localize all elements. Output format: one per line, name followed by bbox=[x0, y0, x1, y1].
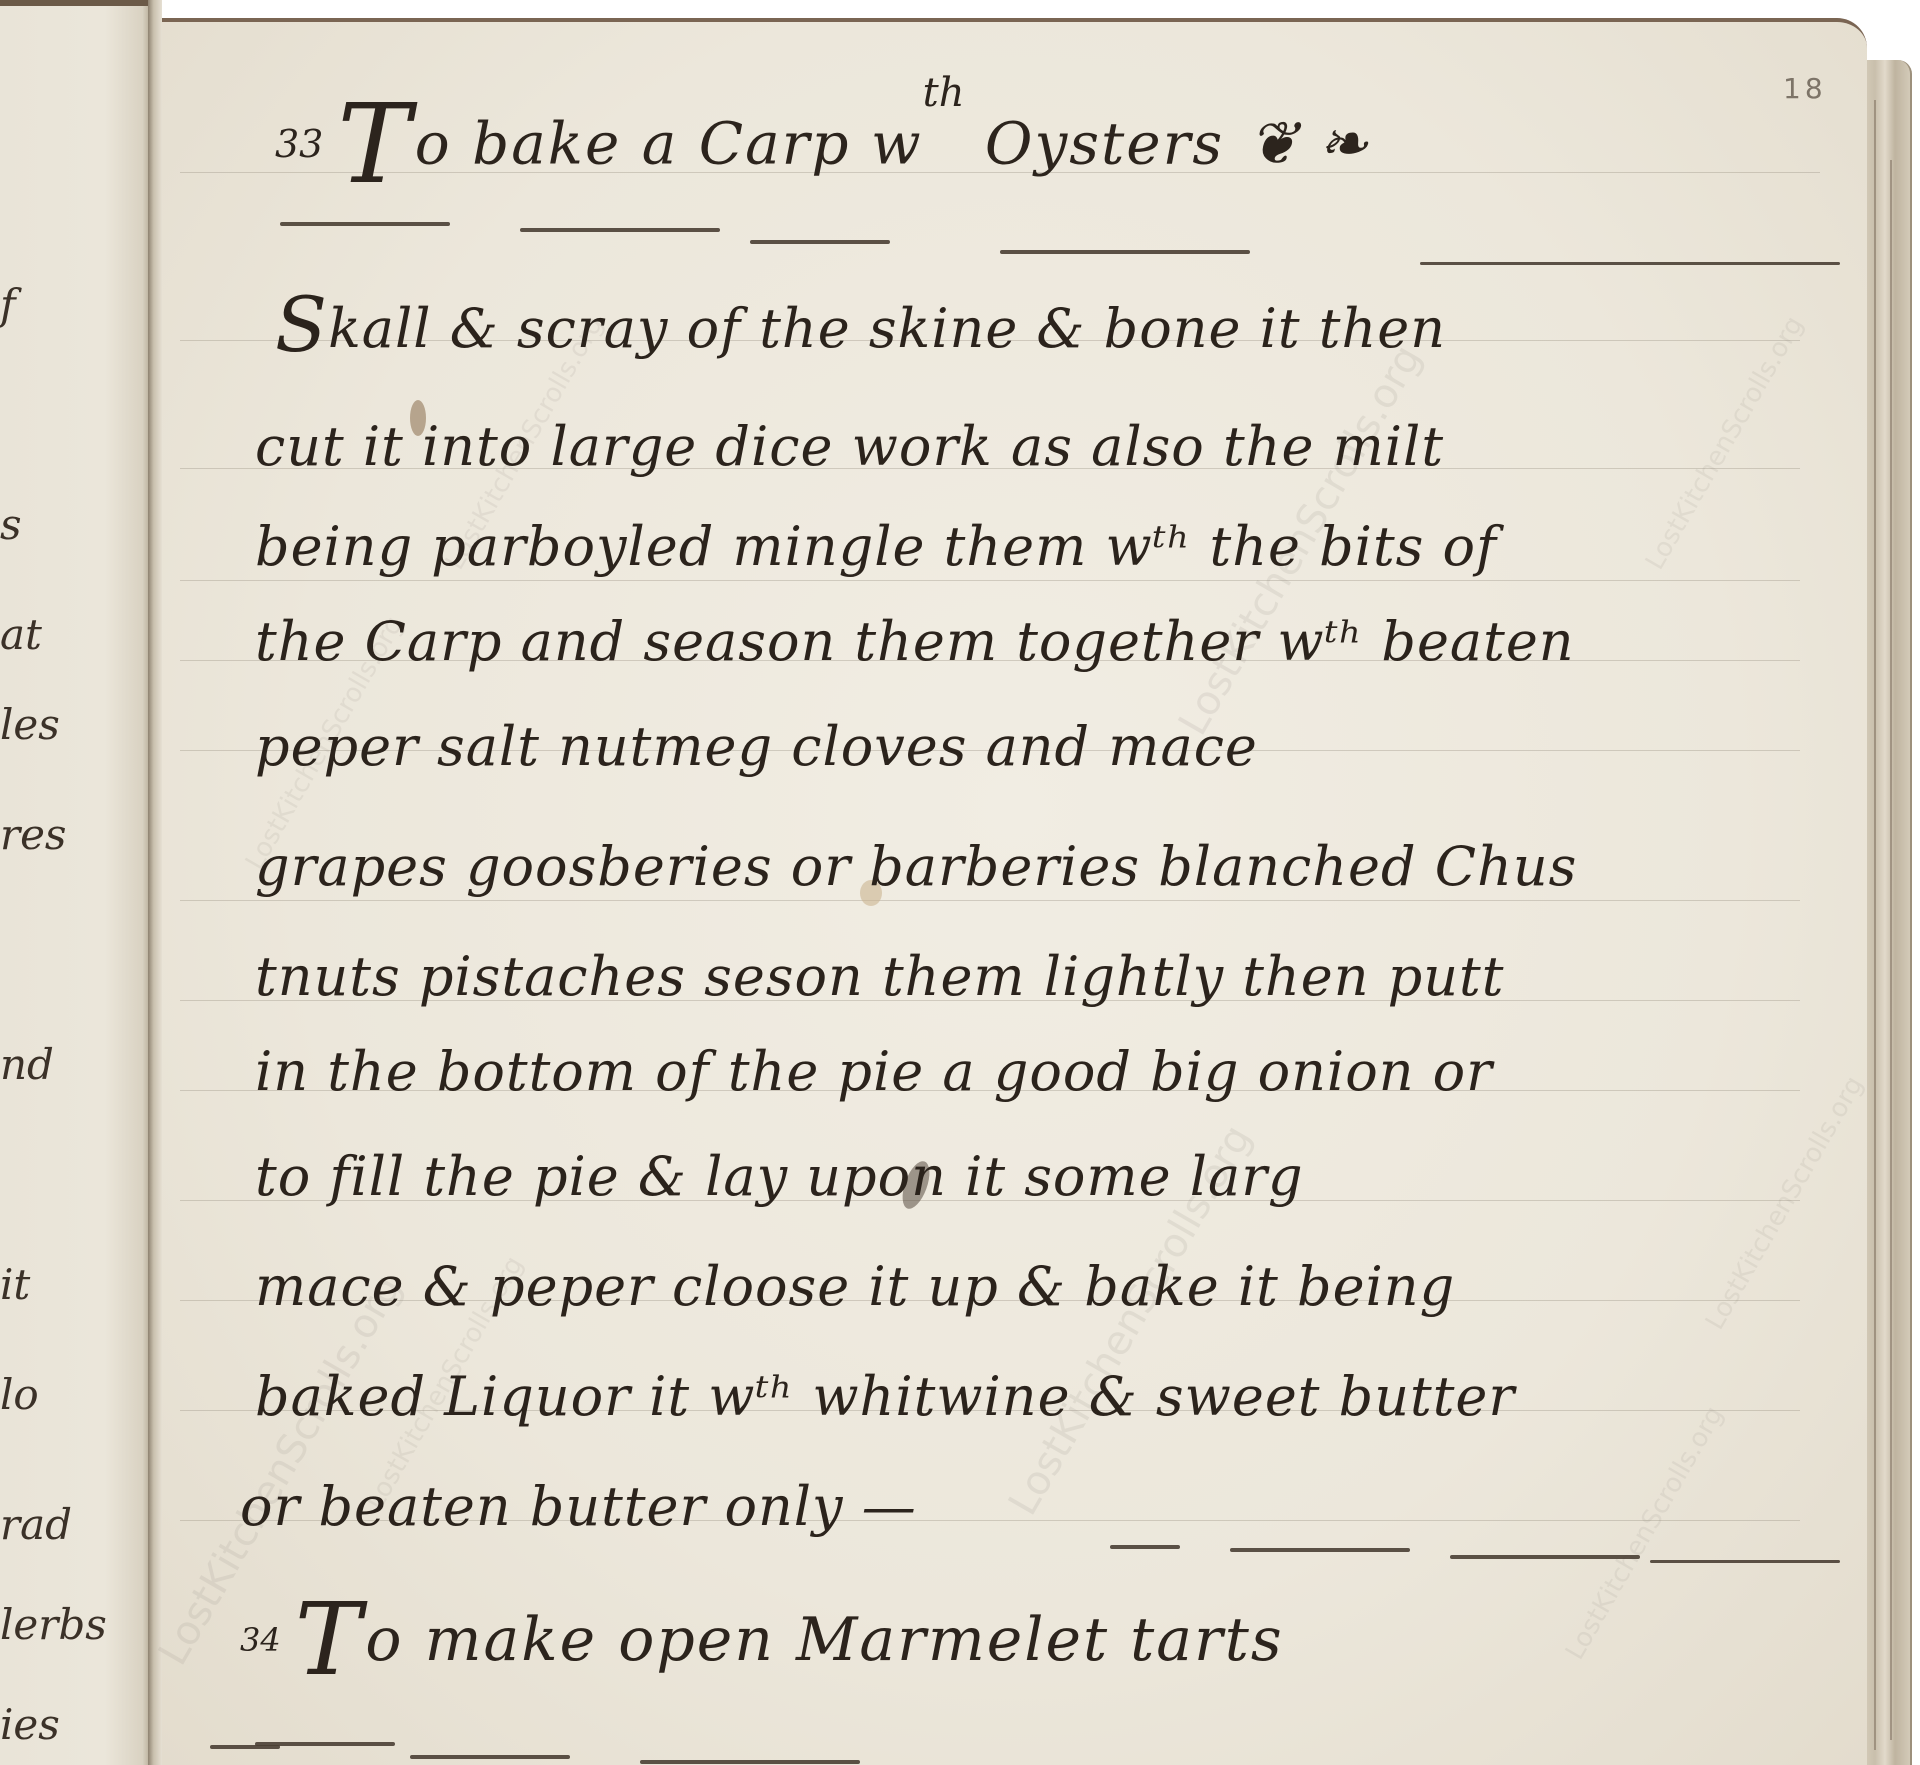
drop-initial: S bbox=[275, 280, 328, 369]
recipe-initial: T bbox=[295, 1581, 362, 1698]
left-fragment: lerbs bbox=[0, 1600, 107, 1649]
left-fragment: res bbox=[0, 810, 67, 859]
left-fragment: nd bbox=[0, 1040, 54, 1089]
left-fragment: at bbox=[0, 610, 42, 659]
recipe-number: 33 bbox=[275, 122, 323, 166]
recipe-line: the Carp and season them together wᵗʰ be… bbox=[255, 610, 1575, 673]
recipe-line: or beaten butter only — bbox=[240, 1475, 917, 1538]
end-rule bbox=[1650, 1560, 1840, 1563]
flourish-ornament-icon: ❦ ❧ bbox=[1248, 109, 1368, 179]
end-rule bbox=[1450, 1555, 1640, 1559]
end-rule bbox=[1110, 1545, 1180, 1549]
recipe-line: to fill the pie & lay upon it some larg bbox=[255, 1145, 1304, 1208]
book-gutter bbox=[148, 0, 162, 1765]
recipe-line: cut it into large dice work as also the … bbox=[255, 415, 1444, 478]
ruled-line bbox=[180, 580, 1800, 581]
heading-rule bbox=[280, 222, 450, 226]
left-fragment: lo bbox=[0, 1370, 39, 1419]
recipe-title: o bake a Carp w bbox=[415, 110, 923, 178]
page-edge-line bbox=[1874, 100, 1876, 1750]
heading-rule bbox=[640, 1760, 860, 1764]
recipe-line: Skall & scray of the skine & bone it the… bbox=[275, 280, 1446, 369]
left-fragment: ies bbox=[0, 1700, 60, 1749]
left-fragment: rad bbox=[0, 1500, 72, 1549]
heading-rule bbox=[1420, 262, 1840, 265]
page-edges bbox=[1860, 60, 1912, 1765]
recipe-title-continued: Oysters bbox=[964, 110, 1224, 178]
left-fragment: s bbox=[0, 500, 22, 549]
recipe-initial: T bbox=[337, 80, 410, 208]
heading-rule bbox=[255, 1742, 395, 1746]
recipe-title-superscript: th bbox=[923, 70, 965, 116]
recipe-line: in the bottom of the pie a good big onio… bbox=[255, 1040, 1493, 1103]
recipe-line: peper salt nutmeg cloves and mace bbox=[255, 715, 1258, 778]
left-fragment: f bbox=[0, 280, 16, 329]
manuscript-spread: f s at les res nd it lo rad lerbs ies Lo… bbox=[0, 0, 1920, 1765]
recipe-heading-34: 34To make open Marmelet tarts bbox=[240, 1590, 1284, 1690]
recipe-title: o make open Marmelet tarts bbox=[365, 1605, 1283, 1675]
recipe-line: baked Liquor it wᵗʰ whitwine & sweet but… bbox=[255, 1365, 1515, 1428]
left-fragment: it bbox=[0, 1260, 30, 1309]
heading-rule bbox=[410, 1755, 570, 1759]
recipe-line: grapes goosberies or barberies blanched … bbox=[255, 835, 1577, 898]
page-edge-line bbox=[1890, 160, 1892, 1740]
recipe-line: tnuts pistaches seson them lightly then … bbox=[255, 945, 1504, 1008]
left-fragment: les bbox=[0, 700, 60, 749]
heading-rule bbox=[750, 240, 890, 244]
recipe-number: 34 bbox=[240, 1621, 281, 1659]
recipe-heading-33: 33To bake a Carp wth Oysters❦ ❧ bbox=[275, 70, 1368, 199]
heading-rule bbox=[1000, 250, 1250, 254]
left-page-text-fragments: f s at les res nd it lo rad lerbs ies bbox=[0, 0, 150, 1765]
end-rule bbox=[1230, 1548, 1410, 1552]
folio-number: 18 bbox=[1783, 72, 1827, 105]
recipe-line: being parboyled mingle them wᵗʰ the bits… bbox=[255, 515, 1497, 578]
recipe-line: mace & peper cloose it up & bake it bein… bbox=[255, 1255, 1455, 1318]
ruled-line bbox=[180, 900, 1800, 901]
heading-rule bbox=[520, 228, 720, 232]
